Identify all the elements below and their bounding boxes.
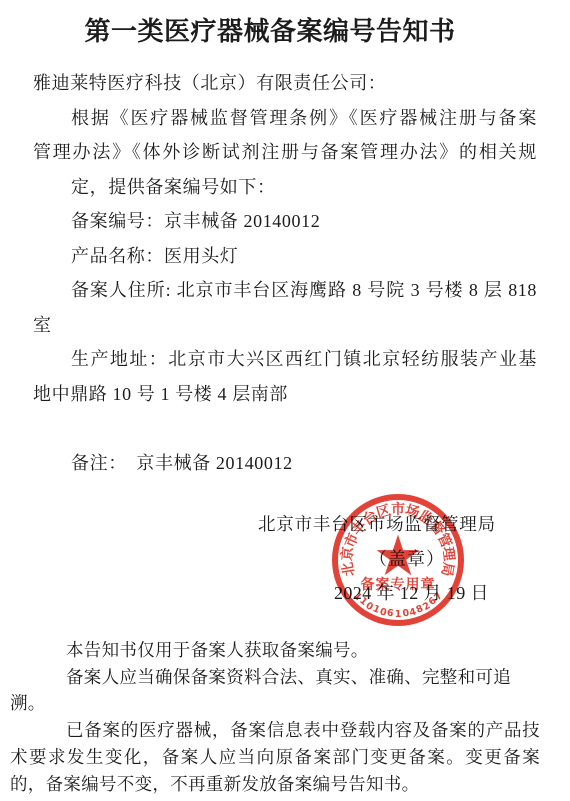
document-title: 第一类医疗器械备案编号告知书 [0,11,540,48]
notice-line-2: 备案人应当确保备案资料合法、真实、准确、完整和可追溯。 [10,664,540,717]
regulation-line-1: 根据《医疗器械监督管理条例》《医疗器械注册与备案 [33,101,537,136]
official-seal-stamp: 北京市丰台区市场监督管理局 ★ 备案专用章 1101061048267 [328,490,468,630]
regulation-line-3: 定，提供备案编号如下： [33,170,537,205]
document-body: 雅迪莱特医疗科技（北京）有限责任公司： 根据《医疗器械监督管理条例》《医疗器械注… [33,66,537,480]
production-address-line-1: 生产地址：北京市大兴区西红门镇北京轻纺服装产业基 [33,342,537,377]
filing-number-line: 备案编号：京丰械备 20140012 [33,204,537,239]
seal-label: 备案专用章 [328,574,468,594]
regulation-line-2: 管理办法》《体外诊断试剂注册与备案管理办法》的相关规 [33,135,537,170]
product-name-line: 产品名称：医用头灯 [33,239,537,274]
filing-notification-document: 第一类医疗器械备案编号告知书 雅迪莱特医疗科技（北京）有限责任公司： 根据《医疗… [0,0,570,801]
notice-line-3: 已备案的医疗器械，备案信息表中登载内容及备案的产品技 [10,717,540,744]
filer-address-line-2: 室 [33,308,537,343]
notice-line-1: 本告知书仅用于备案人获取备案编号。 [10,637,540,664]
production-address-line-2: 地中鼎路 10 号 1 号楼 4 层南部 [33,377,537,412]
addressee-line: 雅迪莱特医疗科技（北京）有限责任公司： [33,66,537,101]
remark-line: 备注： 京丰械备 20140012 [33,446,537,481]
notice-line-5: 的，备案编号不变，不再重新发放备案编号告知书。 [10,771,540,798]
filer-address-line-1: 备案人住所: 北京市丰台区海鹰路 8 号院 3 号楼 8 层 818 [33,273,537,308]
notice-line-4: 术要求发生变化，备案人应当向原备案部门变更备案。变更备案 [10,744,540,771]
document-notices: 本告知书仅用于备案人获取备案编号。 备案人应当确保备案资料合法、真实、准确、完整… [10,637,540,797]
